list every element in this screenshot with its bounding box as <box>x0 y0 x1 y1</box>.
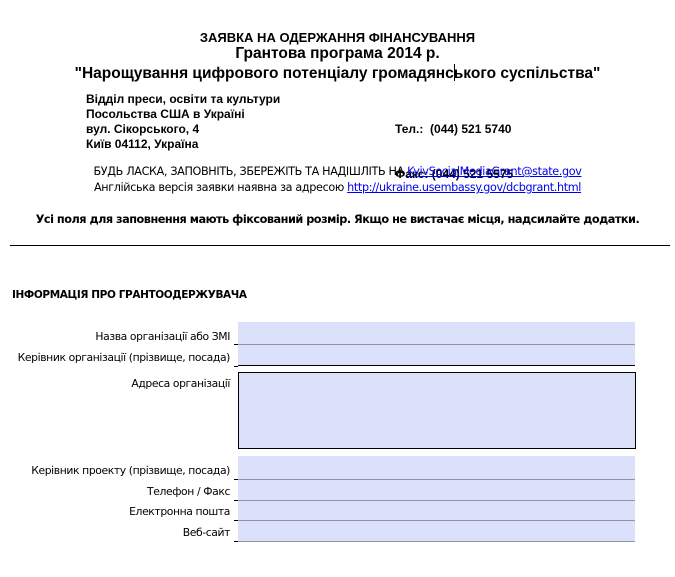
phone-fax-input[interactable] <box>238 480 635 501</box>
website-input[interactable] <box>238 521 635 542</box>
program-name: "Нарощування цифрового потенціалу громад… <box>0 64 675 83</box>
org-head-input[interactable] <box>238 345 635 366</box>
org-address-input[interactable] <box>238 372 636 449</box>
org-name-input[interactable] <box>238 322 635 345</box>
program-title: Грантова програма 2014 р. <box>0 45 675 63</box>
section-title: ІНФОРМАЦІЯ ПРО ГРАНТООДЕРЖУВАЧА <box>12 289 247 301</box>
org-name-label: Назва організації або ЗМІ <box>95 330 230 343</box>
embassy-address: Відділ преси, освіти та культури Посольс… <box>86 92 280 152</box>
address-line-3: вул. Сікорського, 4 <box>86 122 280 137</box>
submit-instruction-text: БУДЬ ЛАСКА, ЗАПОВНІТЬ, ЗБЕРЕЖІТЬ ТА НАДІ… <box>93 165 407 178</box>
email-label: Електронна пошта <box>129 505 230 518</box>
program-name-part1: "Нарощування цифрового потенціалу громад… <box>75 65 454 82</box>
english-version-instruction: Англійська версія заявки наявна за адрес… <box>0 181 675 194</box>
address-line-1: Відділ преси, освіти та культури <box>86 92 280 107</box>
phone-fax-label: Телефон / Факс <box>147 485 230 498</box>
fixed-size-note: Усі поля для заповнення мають фіксований… <box>0 213 675 226</box>
program-name-part2: ького суспільства" <box>454 65 601 82</box>
english-version-text: Англійська версія заявки наявна за адрес… <box>94 181 347 194</box>
field-underline <box>234 366 238 367</box>
phone-number: Тел.: (044) 521 5740 <box>395 122 513 137</box>
english-version-link[interactable]: http://ukraine.usembassy.gov/dcbgrant.ht… <box>347 181 581 194</box>
email-link[interactable]: KyivSocialMediaGrant@state.gov <box>407 165 581 178</box>
submit-instruction: БУДЬ ЛАСКА, ЗАПОВНІТЬ, ЗБЕРЕЖІТЬ ТА НАДІ… <box>0 165 675 178</box>
address-line-4: Київ 04112, Україна <box>86 137 280 152</box>
org-head-label: Керівник організації (прізвище, посада) <box>18 351 230 364</box>
project-head-input[interactable] <box>238 456 635 480</box>
email-input[interactable] <box>238 501 635 521</box>
field-underline <box>234 541 238 542</box>
form-title: ЗАЯВКА НА ОДЕРЖАННЯ ФІНАНСУВАННЯ <box>0 30 675 45</box>
website-label: Веб-сайт <box>183 526 230 539</box>
project-head-label: Керівник проекту (прізвище, посада) <box>31 464 230 477</box>
org-address-label: Адреса організації <box>131 377 230 390</box>
address-line-2: Посольства США в Україні <box>86 107 280 122</box>
divider <box>10 245 670 246</box>
